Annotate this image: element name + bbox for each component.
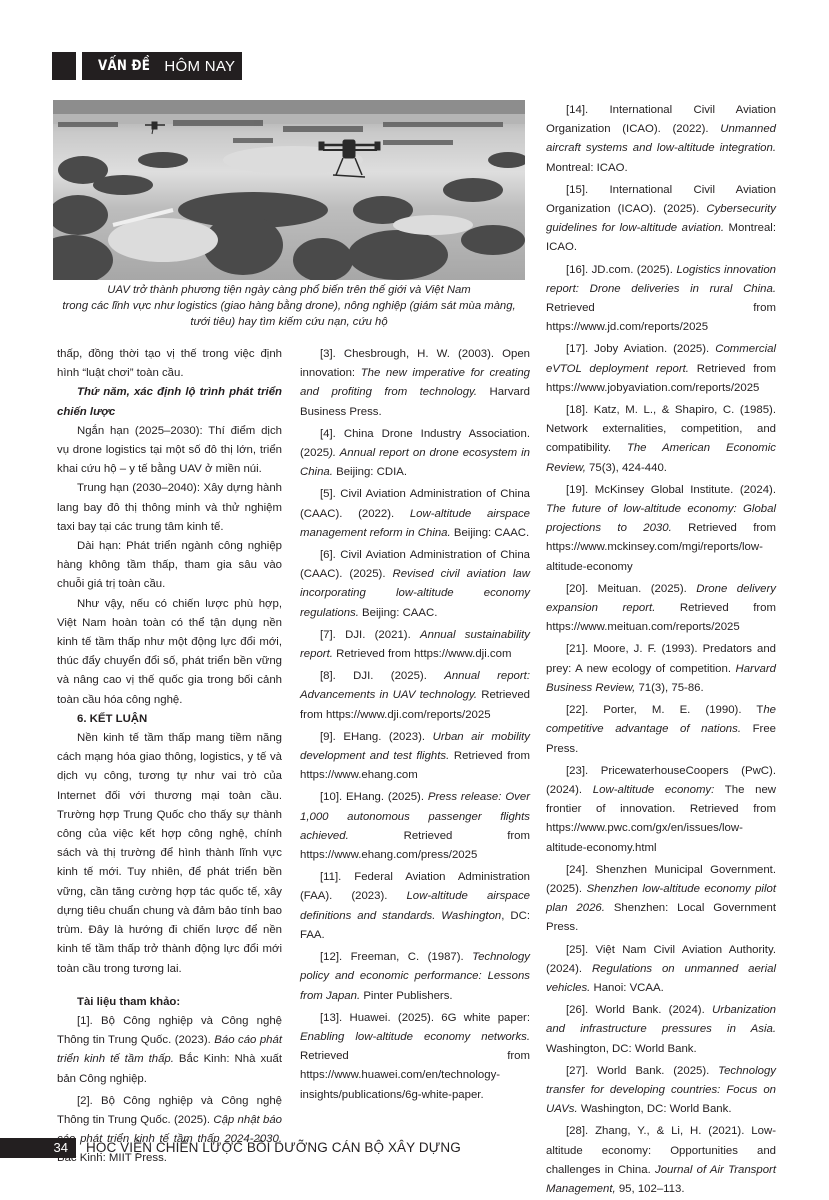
reference-item-7: [7]. DJI. (2021). Annual sustainability … [300,626,530,664]
publisher-footer: HỌC VIỆN CHIẾN LƯỢC BỒI DƯỠNG CÁN BỘ XÂY… [86,1138,461,1158]
reference-item-6: [6]. Civil Aviation Administration of Ch… [300,546,530,623]
body-column-3: [14]. International Civil Aviation Organ… [546,101,776,1200]
body-column-2: [3]. Chesbrough, H. W. (2003). Open inno… [300,345,530,1108]
reference-item-19: [19]. McKinsey Global Institute. (2024).… [546,481,776,577]
figure-photo [53,100,525,280]
page-number: 34 [0,1138,76,1158]
paragraph-mid-term: Trung hạn (2030–2040): Xây dựng hành lan… [57,479,282,537]
reference-item-11: [11]. Federal Aviation Administration (F… [300,868,530,945]
reference-item-15: [15]. International Civil Aviation Organ… [546,181,776,258]
reference-item-18: [18]. Katz, M. L., & Shapiro, C. (1985).… [546,401,776,478]
caption-line: tưới tiêu) hay tìm kiếm cứu nạn, cứu hộ [53,314,525,330]
paragraph-conclusion: Nền kinh tế tầm thấp mang tiềm năng cách… [57,729,282,979]
caption-line: UAV trở thành phương tiện ngày càng phổ … [53,282,525,298]
reference-item-8: [8]. DJI. (2025). Annual report: Advance… [300,667,530,725]
subheading-fifth: Thứ năm, xác định lộ trình phát triển ch… [57,383,282,421]
reference-item-25: [25]. Việt Nam Civil Aviation Authority.… [546,941,776,999]
reference-item-23: [23]. PricewaterhouseCoopers (PwC). (202… [546,762,776,858]
reference-item-12: [12]. Freeman, C. (1987). Technology pol… [300,948,530,1006]
reference-item-20: [20]. Meituan. (2025). Drone delivery ex… [546,580,776,638]
figure-caption: UAV trở thành phương tiện ngày càng phổ … [53,282,525,330]
references-heading: Tài liệu tham khảo: [57,993,282,1012]
body-column-1: thấp, đồng thời tạo vị thế trong việc đị… [57,345,282,1172]
reference-item-26: [26]. World Bank. (2024). Urbanization a… [546,1001,776,1059]
reference-item-3: [3]. Chesbrough, H. W. (2003). Open inno… [300,345,530,422]
reference-item-22: [22]. Porter, M. E. (1990). The competit… [546,701,776,759]
aerial-flood-image [53,100,525,280]
section-header-bold: VẤN ĐỀ [98,58,150,74]
paragraph: thấp, đồng thời tạo vị thế trong việc đị… [57,345,282,383]
reference-item-14: [14]. International Civil Aviation Organ… [546,101,776,178]
section-header-regular: HÔM NAY [164,58,235,75]
reference-item-10: [10]. EHang. (2025). Press release: Over… [300,788,530,865]
reference-item-24: [24]. Shenzhen Municipal Government. (20… [546,861,776,938]
paragraph-long-term: Dài hạn: Phát triển ngành công nghiệp hà… [57,537,282,595]
reference-item-5: [5]. Civil Aviation Administration of Ch… [300,485,530,543]
section-header: VẤN ĐỀ HÔM NAY [82,52,242,80]
reference-item-9: [9]. EHang. (2023). Urban air mobility d… [300,728,530,786]
caption-line: trong các lĩnh vực như logistics (giao h… [53,298,525,314]
reference-item-13: [13]. Huawei. (2025). 6G white paper: En… [300,1009,530,1105]
reference-item-1: [1]. Bộ Công nghiệp và Công nghệ Thông t… [57,1012,282,1089]
paragraph-short-term: Ngắn hạn (2025–2030): Thí điểm dịch vụ d… [57,422,282,480]
section-heading-conclusion: 6. KẾT LUẬN [57,710,282,729]
reference-item-21: [21]. Moore, J. F. (1993). Predators and… [546,640,776,698]
reference-item-4: [4]. China Drone Industry Association. (… [300,425,530,483]
paragraph-summary: Như vậy, nếu có chiến lược phù hợp, Việt… [57,595,282,710]
reference-item-27: [27]. World Bank. (2025). Technology tra… [546,1062,776,1120]
header-accent-block [52,52,76,80]
reference-item-28: [28]. Zhang, Y., & Li, H. (2021). Low-al… [546,1122,776,1199]
reference-item-17: [17]. Joby Aviation. (2025). Commercial … [546,340,776,398]
reference-item-16: [16]. JD.com. (2025). Logistics innovati… [546,261,776,338]
